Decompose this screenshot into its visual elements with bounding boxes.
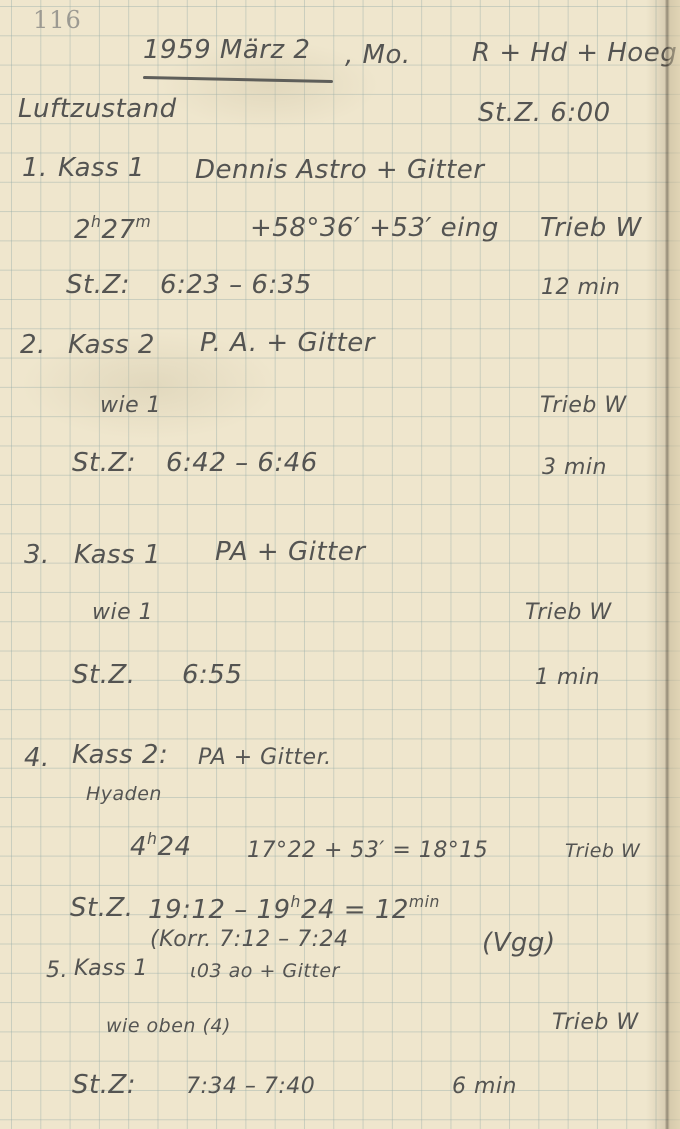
entry-4-coordinates: 17°22 + 53′ = 18°15 [247, 838, 488, 863]
entry-1-cassette: Kass 1 [58, 153, 145, 183]
entry-4-correction-note: (Vgg) [482, 928, 556, 958]
entry-5-direction: Trieb W [552, 1010, 639, 1035]
entry-4-target: Hyaden [86, 783, 162, 805]
entry-1-right-ascension: 2h27m [74, 213, 151, 245]
notebook-page: 116 1959 März 2 , Mo. R + Hd + Hoeg Luft… [0, 0, 680, 1129]
air-condition-label: Luftzustand [18, 94, 177, 124]
entry-5-number: 5. [46, 958, 68, 983]
entry-4-cassette: Kass 2: [72, 740, 168, 770]
entry-1-direction: Trieb W [540, 213, 642, 243]
weekday: , Mo. [345, 40, 411, 70]
entry-3-note: wie 1 [92, 600, 153, 625]
entry-3-time-range: 6:55 [182, 660, 242, 690]
entry-5-cassette: Kass 1 [74, 956, 148, 981]
entry-4-correction: (Korr. 7:12 – 7:24 [150, 927, 349, 952]
date-heading: 1959 März 2 [143, 35, 310, 65]
entry-3-number: 3. [24, 540, 50, 570]
sidereal-time-start: St.Z. 6:00 [478, 98, 611, 128]
entry-2-direction: Trieb W [540, 393, 627, 418]
entry-1-time-label: St.Z: [66, 270, 130, 300]
entry-3-cassette: Kass 1 [74, 540, 161, 570]
binding-gutter [646, 0, 680, 1129]
entry-5-note: wie oben (4) [106, 1015, 231, 1037]
entry-1-duration: 12 min [541, 275, 620, 300]
entry-3-duration: 1 min [535, 665, 600, 690]
entry-2-instrument: P. A. + Gitter [200, 328, 375, 358]
entry-5-time-label: St.Z: [72, 1070, 136, 1100]
entry-1-time-range: 6:23 – 6:35 [160, 270, 312, 300]
entry-4-number: 4. [24, 743, 50, 773]
entry-3-direction: Trieb W [525, 600, 612, 625]
entry-4-direction: Trieb W [565, 840, 640, 862]
entry-2-number: 2. [20, 330, 46, 360]
page-number: 116 [33, 6, 82, 34]
entry-1-instrument: Dennis Astro + Gitter [195, 155, 484, 185]
entry-1-coordinates: +58°36′ +53′ eing [250, 213, 499, 243]
entry-4-time-label: St.Z. [70, 893, 134, 923]
entry-4-right-ascension: 4h24 [130, 830, 192, 862]
entry-2-time-label: St.Z: [72, 448, 136, 478]
entry-4-instrument: PA + Gitter. [198, 745, 332, 770]
entry-5-time-range: 7:34 – 7:40 [186, 1074, 315, 1099]
entry-2-duration: 3 min [542, 455, 607, 480]
entry-5-instrument: ι03 ao + Gitter [190, 960, 340, 982]
entry-5-duration: 6 min [452, 1074, 517, 1099]
entry-1-number: 1. [22, 153, 48, 183]
entry-2-note: wie 1 [100, 393, 161, 418]
entry-3-time-label: St.Z. [72, 660, 136, 690]
entry-4-time-range: 19:12 – 19h24 = 12min [148, 893, 440, 925]
entry-3-instrument: PA + Gitter [215, 537, 365, 567]
entry-2-time-range: 6:42 – 6:46 [166, 448, 318, 478]
entry-2-cassette: Kass 2 [68, 330, 155, 360]
